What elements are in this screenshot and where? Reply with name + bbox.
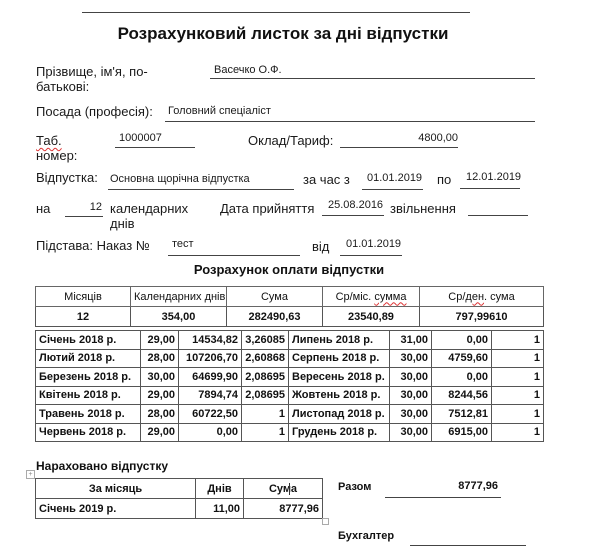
order-number-value[interactable]: тест <box>172 238 194 251</box>
dismissal-underline <box>468 215 528 216</box>
page-top-rule <box>82 12 470 13</box>
month-days: 30,00 <box>390 349 432 368</box>
period-to-value[interactable]: 12.01.2019 <box>466 171 521 184</box>
month-name: Червень 2018 р. <box>36 423 141 442</box>
month-name: Вересень 2018 р. <box>289 368 390 387</box>
month-name: Липень 2018 р. <box>289 331 390 350</box>
month-coefficient: 3,26085 <box>242 331 289 350</box>
month-days: 30,00 <box>390 368 432 387</box>
table-row: Травень 2018 р.28,0060722,501Листопад 20… <box>36 405 544 424</box>
month-name: Листопад 2018 р. <box>289 405 390 424</box>
summary-avg-day-value: 797,99610 <box>420 307 544 327</box>
summary-calendar-days-value: 354,00 <box>131 307 227 327</box>
summary-header-months: Місяців <box>36 287 131 307</box>
period-to-underline <box>460 188 520 189</box>
hire-date-underline <box>322 215 384 216</box>
tab-number-value[interactable]: 1000007 <box>119 132 162 145</box>
calculation-title: Розрахунок оплати відпустки <box>35 262 543 277</box>
text-cursor <box>289 483 290 495</box>
accrual-row: Січень 2019 р. 11,00 8777,96 <box>36 499 323 519</box>
month-days: 31,00 <box>390 331 432 350</box>
accountant-signature[interactable] <box>410 530 524 543</box>
salary-underline <box>340 147 458 148</box>
month-coefficient: 2,60868 <box>242 349 289 368</box>
accountant-label: Бухгалтер <box>338 530 394 542</box>
accrual-header-row: За місяць Днів Сума <box>36 479 323 499</box>
accrual-table: За місяць Днів Сума Січень 2019 р. 11,00… <box>35 478 323 519</box>
month-days: 30,00 <box>390 423 432 442</box>
dismissal-label: звільнення <box>390 201 456 216</box>
tab-number-underline <box>115 147 195 148</box>
summary-value-row: 12 354,00 282490,63 23540,89 797,99610 <box>36 307 544 327</box>
month-name: Січень 2018 р. <box>36 331 141 350</box>
table-row: Червень 2018 р.29,000,001Грудень 2018 р.… <box>36 423 544 442</box>
month-coefficient: 2,08695 <box>242 368 289 387</box>
month-sum: 64699,90 <box>179 368 242 387</box>
month-sum: 4759,60 <box>432 349 492 368</box>
month-coefficient: 1 <box>492 423 544 442</box>
month-days: 30,00 <box>141 368 179 387</box>
month-sum: 107206,70 <box>179 349 242 368</box>
month-coefficient: 1 <box>242 423 289 442</box>
full-name-underline <box>210 78 535 79</box>
accrual-days: 11,00 <box>196 499 244 519</box>
document-title: Розрахунковий листок за дні відпустки <box>0 24 566 44</box>
summary-header-row: Місяців Календарних днів Сума Ср/міс. су… <box>36 287 544 307</box>
full-name-value[interactable]: Васечко О.Ф. <box>214 64 282 77</box>
order-date-value[interactable]: 01.01.2019 <box>346 238 401 251</box>
period-from-label: за час з <box>303 172 350 187</box>
month-days: 29,00 <box>141 331 179 350</box>
position-label: Посада (професія): <box>36 104 153 119</box>
month-days: 28,00 <box>141 405 179 424</box>
total-value: 8777,96 <box>385 480 498 492</box>
month-coefficient: 2,08695 <box>242 386 289 405</box>
accrual-header-days: Днів <box>196 479 244 499</box>
month-days: 30,00 <box>390 386 432 405</box>
summary-sum-value: 282490,63 <box>227 307 323 327</box>
accountant-underline <box>410 545 526 546</box>
days-prefix-label: на <box>36 201 50 216</box>
month-coefficient: 1 <box>492 368 544 387</box>
month-days: 28,00 <box>141 349 179 368</box>
table-row: Березень 2018 р.30,0064699,902,08695Вере… <box>36 368 544 387</box>
month-coefficient: 1 <box>492 386 544 405</box>
accrual-title: Нараховано відпустку <box>36 459 168 473</box>
summary-header-calendar-days: Календарних днів <box>131 287 227 307</box>
summary-months-value: 12 <box>36 307 131 327</box>
month-name: Лютий 2018 р. <box>36 349 141 368</box>
order-number-underline <box>168 255 300 256</box>
vacation-type-underline <box>108 189 294 190</box>
month-sum: 0,00 <box>432 331 492 350</box>
total-underline <box>385 497 501 498</box>
month-sum: 6915,00 <box>432 423 492 442</box>
order-date-underline <box>340 255 402 256</box>
summary-header-avg-day: Ср/ден. сума <box>420 287 544 307</box>
month-name: Квітень 2018 р. <box>36 386 141 405</box>
month-coefficient: 1 <box>492 331 544 350</box>
month-days: 30,00 <box>390 405 432 424</box>
month-sum: 0,00 <box>179 423 242 442</box>
vacation-type-value[interactable]: Основна щорічна відпустка <box>110 173 250 186</box>
position-underline <box>165 121 535 122</box>
summary-avg-month-value: 23540,89 <box>323 307 420 327</box>
table-row: Лютий 2018 р.28,00107206,702,60868Серпен… <box>36 349 544 368</box>
month-sum: 7894,74 <box>179 386 242 405</box>
table-row: Січень 2018 р.29,0014534,823,26085Липень… <box>36 331 544 350</box>
period-from-value[interactable]: 01.01.2019 <box>367 172 422 185</box>
month-name: Грудень 2018 р. <box>289 423 390 442</box>
accrual-sum: 8777,96 <box>244 499 323 519</box>
total-label: Разом <box>338 481 371 493</box>
month-name: Травень 2018 р. <box>36 405 141 424</box>
hire-date-value[interactable]: 25.08.2016 <box>328 199 383 212</box>
month-sum: 14534,82 <box>179 331 242 350</box>
position-value[interactable]: Головний спеціаліст <box>168 105 271 118</box>
month-coefficient: 1 <box>492 349 544 368</box>
basis-label: Підстава: Наказ № <box>36 238 150 253</box>
month-coefficient: 1 <box>492 405 544 424</box>
month-sum: 60722,50 <box>179 405 242 424</box>
period-to-label: по <box>437 172 451 187</box>
table-resize-handle-icon[interactable] <box>322 518 329 525</box>
summary-table: Місяців Календарних днів Сума Ср/міс. су… <box>35 286 544 327</box>
days-suffix-label: календарних днів <box>110 201 188 231</box>
table-row: Квітень 2018 р.29,007894,742,08695Жовтен… <box>36 386 544 405</box>
month-sum: 7512,81 <box>432 405 492 424</box>
month-coefficient: 1 <box>242 405 289 424</box>
table-move-handle-icon[interactable]: + <box>26 470 35 479</box>
month-name: Жовтень 2018 р. <box>289 386 390 405</box>
summary-header-sum: Сума <box>227 287 323 307</box>
vacation-label: Відпустка: <box>36 170 98 185</box>
order-date-label: від <box>312 239 329 254</box>
month-days: 29,00 <box>141 386 179 405</box>
summary-header-avg-month: Ср/міс. сумма <box>323 287 420 307</box>
month-sum: 8244,56 <box>432 386 492 405</box>
monthly-breakdown-table: Січень 2018 р.29,0014534,823,26085Липень… <box>35 330 544 442</box>
period-from-underline <box>362 189 423 190</box>
month-name: Серпень 2018 р. <box>289 349 390 368</box>
month-days: 29,00 <box>141 423 179 442</box>
accrual-header-month: За місяць <box>36 479 196 499</box>
month-sum: 0,00 <box>432 368 492 387</box>
accrual-month: Січень 2019 р. <box>36 499 196 519</box>
days-value[interactable]: 12 <box>66 201 102 214</box>
month-name: Березень 2018 р. <box>36 368 141 387</box>
salary-label: Оклад/Тариф: <box>248 133 333 148</box>
salary-value[interactable]: 4800,00 <box>340 132 458 145</box>
hire-date-label: Дата прийняття <box>220 201 314 216</box>
accrual-header-sum: Сума <box>244 479 323 499</box>
full-name-label: Прізвище, ім'я, по- батькові: <box>36 64 176 94</box>
tab-number-label: Таб. номер: <box>36 133 77 163</box>
days-underline <box>65 216 103 217</box>
